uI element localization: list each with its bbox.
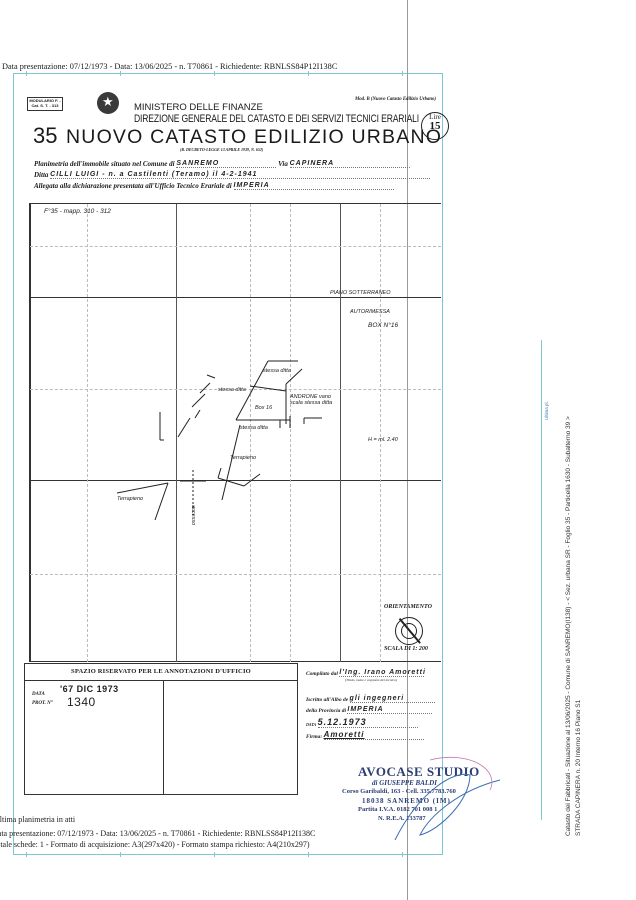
side-info-line-1: Catasto dei Fabbricati - Situazione al 1…	[565, 416, 572, 836]
footer-line-2: Totale schede: 1 - Formato di acquisizio…	[0, 840, 310, 849]
last-plan-label: Ultima planimetria in atti	[0, 815, 75, 824]
footer-line-1: Data presentazione: 07/12/1973 - Data: 1…	[0, 829, 315, 838]
side-info-line-2: STRADA CAPINERA n. 20 Interno 16 Piano S…	[575, 700, 582, 836]
signature-scribble	[0, 0, 636, 900]
side-label: Ultima pl.	[544, 401, 549, 420]
